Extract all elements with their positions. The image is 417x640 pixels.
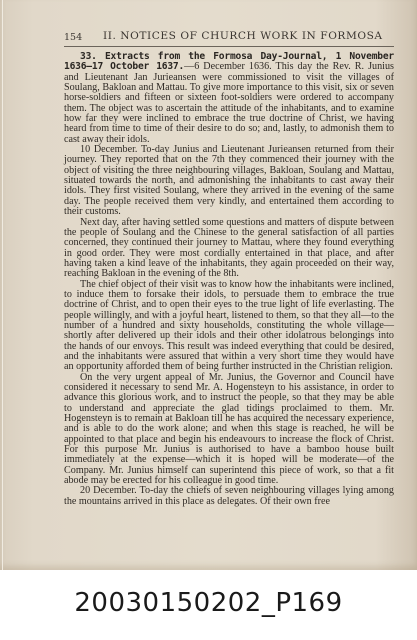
running-title: II. NOTICES OF CHURCH WORK IN FORMOSA bbox=[103, 30, 383, 42]
paragraph: On the very urgent appeal of Mr. Junius,… bbox=[64, 373, 394, 487]
scanned-page: 154 II. NOTICES OF CHURCH WORK IN FORMOS… bbox=[0, 0, 417, 570]
image-id-caption: 20030150202_P169 bbox=[0, 588, 417, 618]
paragraph: 20 December. To-day the chiefs of seven … bbox=[64, 486, 394, 507]
paragraph: Next day, after having settled some ques… bbox=[64, 218, 394, 280]
paragraph-text: —6 December 1636. This day the Rev. R. J… bbox=[64, 61, 394, 144]
paragraph: 10 December. To-day Junius and Lieutenan… bbox=[64, 145, 394, 217]
paragraph: 33. Extracts from the Formosa Day-Journa… bbox=[64, 52, 394, 145]
body-text: 33. Extracts from the Formosa Day-Journa… bbox=[64, 52, 394, 507]
paragraph: The chief object of their visit was to k… bbox=[64, 280, 394, 373]
page-header: 154 II. NOTICES OF CHURCH WORK IN FORMOS… bbox=[64, 28, 394, 47]
page-number: 154 bbox=[64, 32, 82, 43]
